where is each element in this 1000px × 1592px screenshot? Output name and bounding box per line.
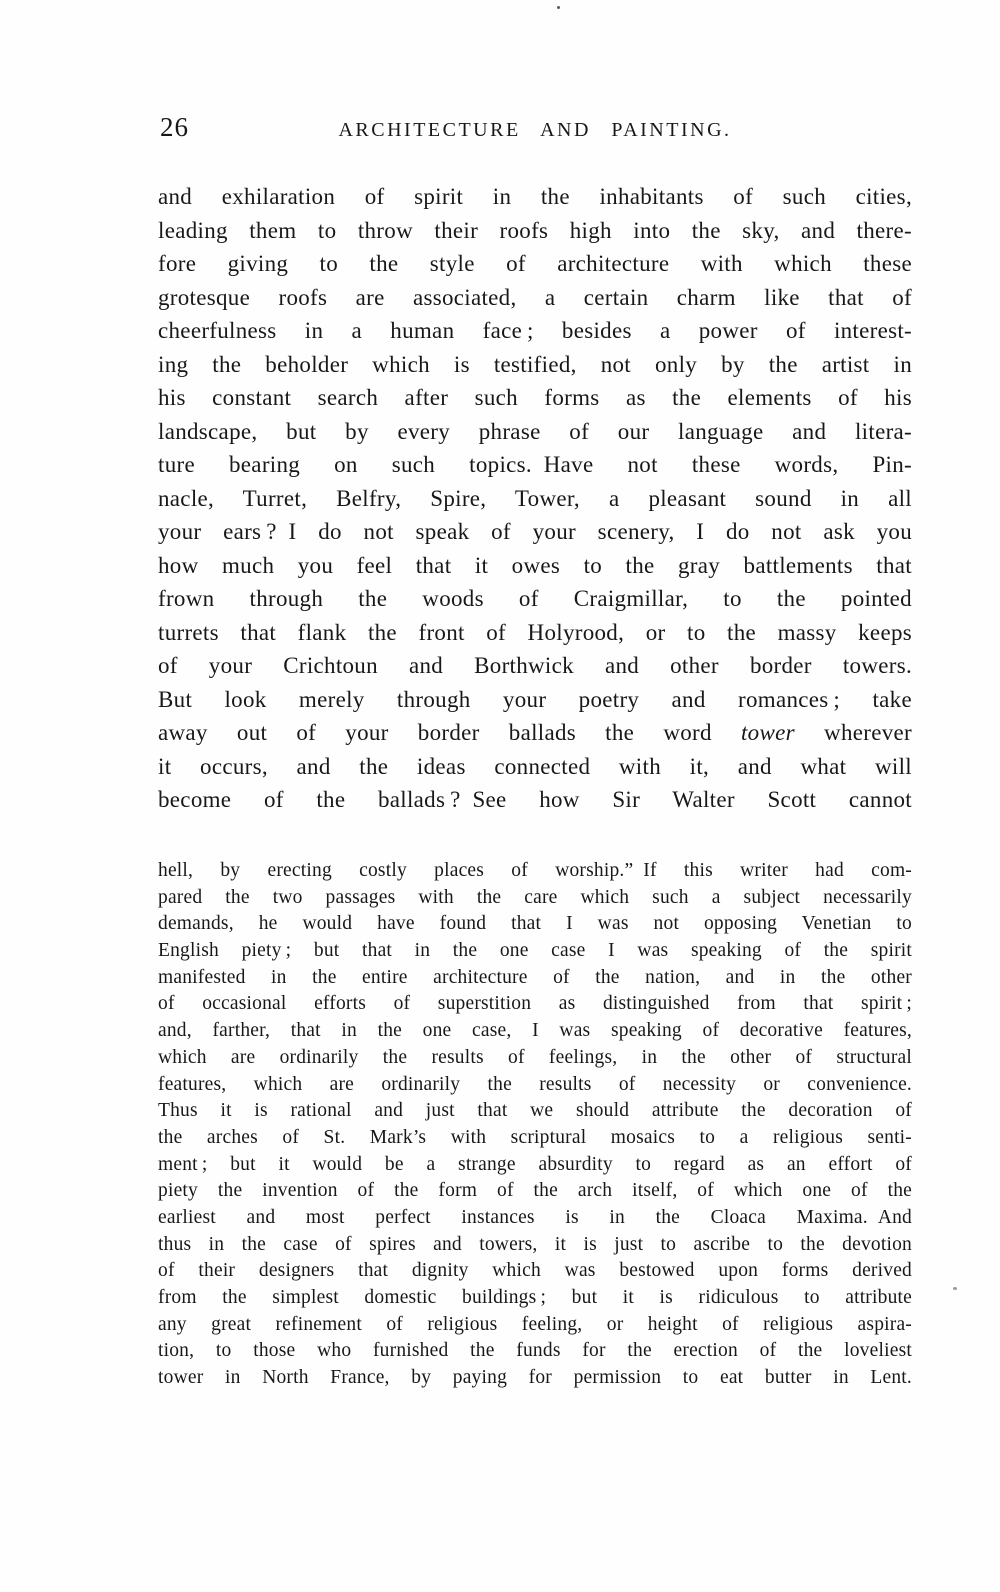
text-line: manifested in the entire architecture of… [158, 965, 912, 992]
text-line: and, farther, that in the one case, I wa… [158, 1018, 912, 1045]
text-line: ment ; but it would be a strange absurdi… [158, 1152, 912, 1179]
text-line: away out of your border ballads the word… [158, 716, 912, 750]
text-line: Thus it is rational and just that we sho… [158, 1098, 912, 1125]
text-line: tower in North France, by paying for per… [158, 1365, 912, 1392]
text-line: the arches of St. Mark’s with scriptural… [158, 1125, 912, 1152]
text-line: ture bearing on such topics. Have not th… [158, 448, 912, 482]
text-line: tion, to those who furnished the funds f… [158, 1338, 912, 1365]
text-line: landscape, but by every phrase of our la… [158, 415, 912, 449]
page-number: 26 [160, 112, 189, 142]
text-line: leading them to throw their roofs high i… [158, 214, 912, 248]
text-line: any great refinement of religious feelin… [158, 1312, 912, 1339]
text-line: and exhilaration of spirit in the inhabi… [158, 180, 912, 214]
text-line: ing the beholder which is testified, not… [158, 348, 912, 382]
text-line: grotesque roofs are associated, a certai… [158, 281, 912, 315]
text-line: his constant search after such forms as … [158, 381, 912, 415]
text-line: frown through the woods of Craigmillar, … [158, 582, 912, 616]
text-line: fore giving to the style of architecture… [158, 247, 912, 281]
footnote-text: hell, by erecting costly places of worsh… [158, 858, 912, 1392]
text-line: earliest and most perfect instances is i… [158, 1205, 912, 1232]
text-line: pared the two passages with the care whi… [158, 885, 912, 912]
body-text: and exhilaration of spirit in the inhabi… [158, 180, 912, 817]
text-line: hell, by erecting costly places of worsh… [158, 858, 912, 885]
text-line: which are ordinarily the results of feel… [158, 1045, 912, 1072]
scan-artifact-dot [953, 1287, 957, 1290]
text-line: of your Crichtoun and Borthwick and othe… [158, 649, 912, 683]
text-line: turrets that flank the front of Holyrood… [158, 616, 912, 650]
text-line: cheerfulness in a human face ; besides a… [158, 314, 912, 348]
text-line: features, which are ordinarily the resul… [158, 1072, 912, 1099]
text-line: of occasional efforts of superstition as… [158, 991, 912, 1018]
text-line: how much you feel that it owes to the gr… [158, 549, 912, 583]
text-line: English piety ; but that in the one case… [158, 938, 912, 965]
page-header: 26 ARCHITECTURE AND PAINTING. [158, 112, 912, 146]
text-line: demands, he would have found that I was … [158, 911, 912, 938]
text-line: nacle, Turret, Belfry, Spire, Tower, a p… [158, 482, 912, 516]
book-page: 26 ARCHITECTURE AND PAINTING. and exhila… [0, 0, 1000, 1592]
text-line: of their designers that dignity which wa… [158, 1258, 912, 1285]
text-line: from the simplest domestic buildings ; b… [158, 1285, 912, 1312]
text-line: it occurs, and the ideas connected with … [158, 750, 912, 784]
scan-artifact-dot [557, 6, 560, 9]
text-line: become of the ballads ? See how Sir Walt… [158, 783, 912, 817]
text-line: But look merely through your poetry and … [158, 683, 912, 717]
text-line: your ears ? I do not speak of your scene… [158, 515, 912, 549]
running-title: ARCHITECTURE AND PAINTING. [158, 112, 912, 145]
text-line: piety the invention of the form of the a… [158, 1178, 912, 1205]
text-line: thus in the case of spires and towers, i… [158, 1232, 912, 1259]
